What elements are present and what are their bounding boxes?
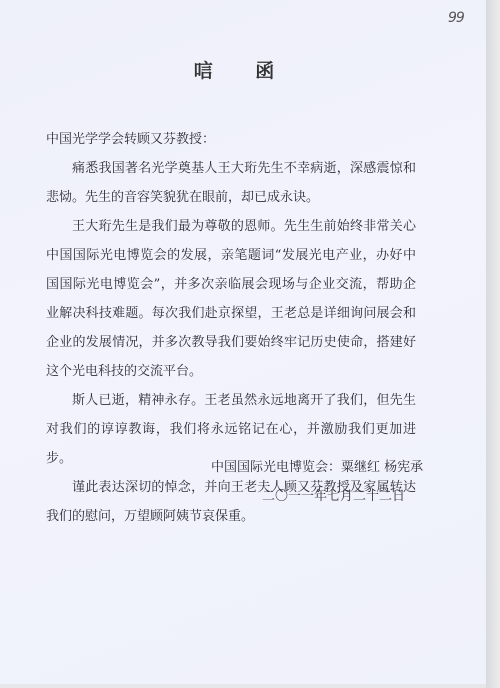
letter-page: 99 唁 函 中国光学学会转顾又芬教授： 痛悉我国著名光学奠基人王大珩先生不幸病… bbox=[0, 0, 486, 684]
scan-edge-strip bbox=[486, 0, 500, 688]
paragraph-condolence: 痛悉我国著名光学奠基人王大珩先生不幸病逝，深感震惊和悲恸。先生的音容笑貌犹在眼前… bbox=[46, 154, 416, 212]
paragraph-tribute: 王大珩先生是我们最为尊敬的恩师。先生生前始终非常关心中国国际光电博览会的发展，亲… bbox=[46, 212, 416, 386]
signature-organization: 中国国际光电博览会：粟继红 杨宪承 bbox=[211, 456, 423, 475]
document-title: 唁 函 bbox=[0, 56, 486, 83]
handwritten-page-number: 99 bbox=[448, 10, 464, 26]
signature-date: 二〇一一年七月二十二日 bbox=[262, 485, 405, 504]
salutation: 中国光学学会转顾又芬教授： bbox=[46, 125, 416, 154]
